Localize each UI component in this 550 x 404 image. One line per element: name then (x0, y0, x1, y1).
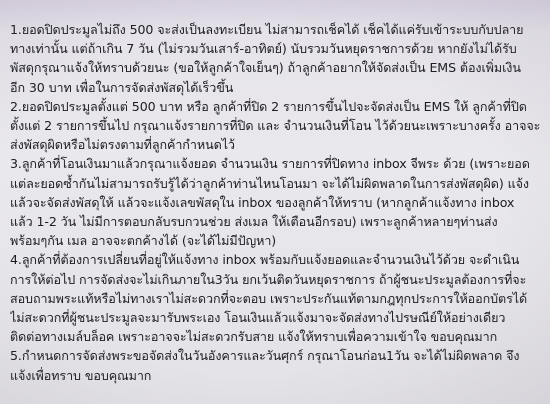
notice-line: แล้วจะจัดส่งพัสดุให้ แล้วจะแจ้งเลขพัสดุใ… (10, 193, 542, 212)
notice-item-1: 1.ยอดปิดประมูลไม่ถึง 500 จะส่งเป็นลงทะเบ… (10, 20, 542, 97)
notice-line: 5.กำหนดการจัดส่งพระขอจัดส่งในวันอังคารแล… (10, 346, 542, 365)
notice-line: แต่ละยอดซ้ำกันไม่สามารถรับรู้ได้ว่าลูกค้… (10, 174, 542, 193)
notice-item-3: 3.ลูกค้าที่โอนเงินมาแล้วกรุณาแจ้งยอด จำน… (10, 154, 542, 250)
notice-item-2: 2.ยอดปิดประมูลตั้งแต่ 500 บาท หรือ ลูกค้… (10, 97, 542, 155)
notice-line: แล้ว 1-2 วัน ไม่มีการตอบกลับรบกวนช่วย ส่… (10, 212, 542, 231)
notice-line: แจ้งเพื่อทราบ ขอบคุณมาก (10, 366, 542, 385)
notice-line: 3.ลูกค้าที่โอนเงินมาแล้วกรุณาแจ้งยอด จำน… (10, 154, 542, 173)
notice-line: 1.ยอดปิดประมูลไม่ถึง 500 จะส่งเป็นลงทะเบ… (10, 20, 542, 39)
notice-line: พัสดุกรุณาแจ้งให้ทราบด้วยนะ (ขอให้ลูกค้า… (10, 58, 542, 77)
notice-item-4: 4.ลูกค้าที่ต้องการเปลี่ยนที่อยู่ให้แจ้งท… (10, 250, 542, 346)
notice-line: อีก 30 บาท เพื่อในการจัดส่งพัสดุได้เร็วข… (10, 78, 542, 97)
notice-line: พร้อมๆกัน เมล อาจจะตกค้างได้ (จะได้ไม่มี… (10, 231, 542, 250)
notice-line: ติดต่อทางเมล์บล็อค เพราะอาจจะไม่สะดวกรับ… (10, 327, 542, 346)
notice-item-5: 5.กำหนดการจัดส่งพระขอจัดส่งในวันอังคารแล… (10, 346, 542, 384)
notice-line: ทางเท่านั้น แต่ถ้าเกิน 7 วัน (ไม่รวมวันเ… (10, 39, 542, 58)
notice-line: สอบถามพระแท้หรือไม่ทางเราไม่สะดวกที่จะตอ… (10, 289, 542, 308)
notice-line: ส่งพัสดุผิดหรือไม่ตรงตามที่ลูกค้ากำหนดไว… (10, 135, 542, 154)
notice-line: ไม่สะดวกที่ผู้ชนะประมูลจะมารับพระเอง โอน… (10, 308, 542, 327)
notice-line: ตั้งแต่ 2 รายการขึ้นไป กรุณาแจ้งรายการที… (10, 116, 542, 135)
notice-line: การให้ต่อไป การจัดส่งจะไม่เกินภายใน3วัน … (10, 270, 542, 289)
notice-line: 4.ลูกค้าที่ต้องการเปลี่ยนที่อยู่ให้แจ้งท… (10, 250, 542, 269)
notice-page: 1.ยอดปิดประมูลไม่ถึง 500 จะส่งเป็นลงทะเบ… (0, 0, 550, 404)
notice-line: 2.ยอดปิดประมูลตั้งแต่ 500 บาท หรือ ลูกค้… (10, 97, 542, 116)
shipping-terms-notice: 1.ยอดปิดประมูลไม่ถึง 500 จะส่งเป็นลงทะเบ… (10, 20, 542, 385)
